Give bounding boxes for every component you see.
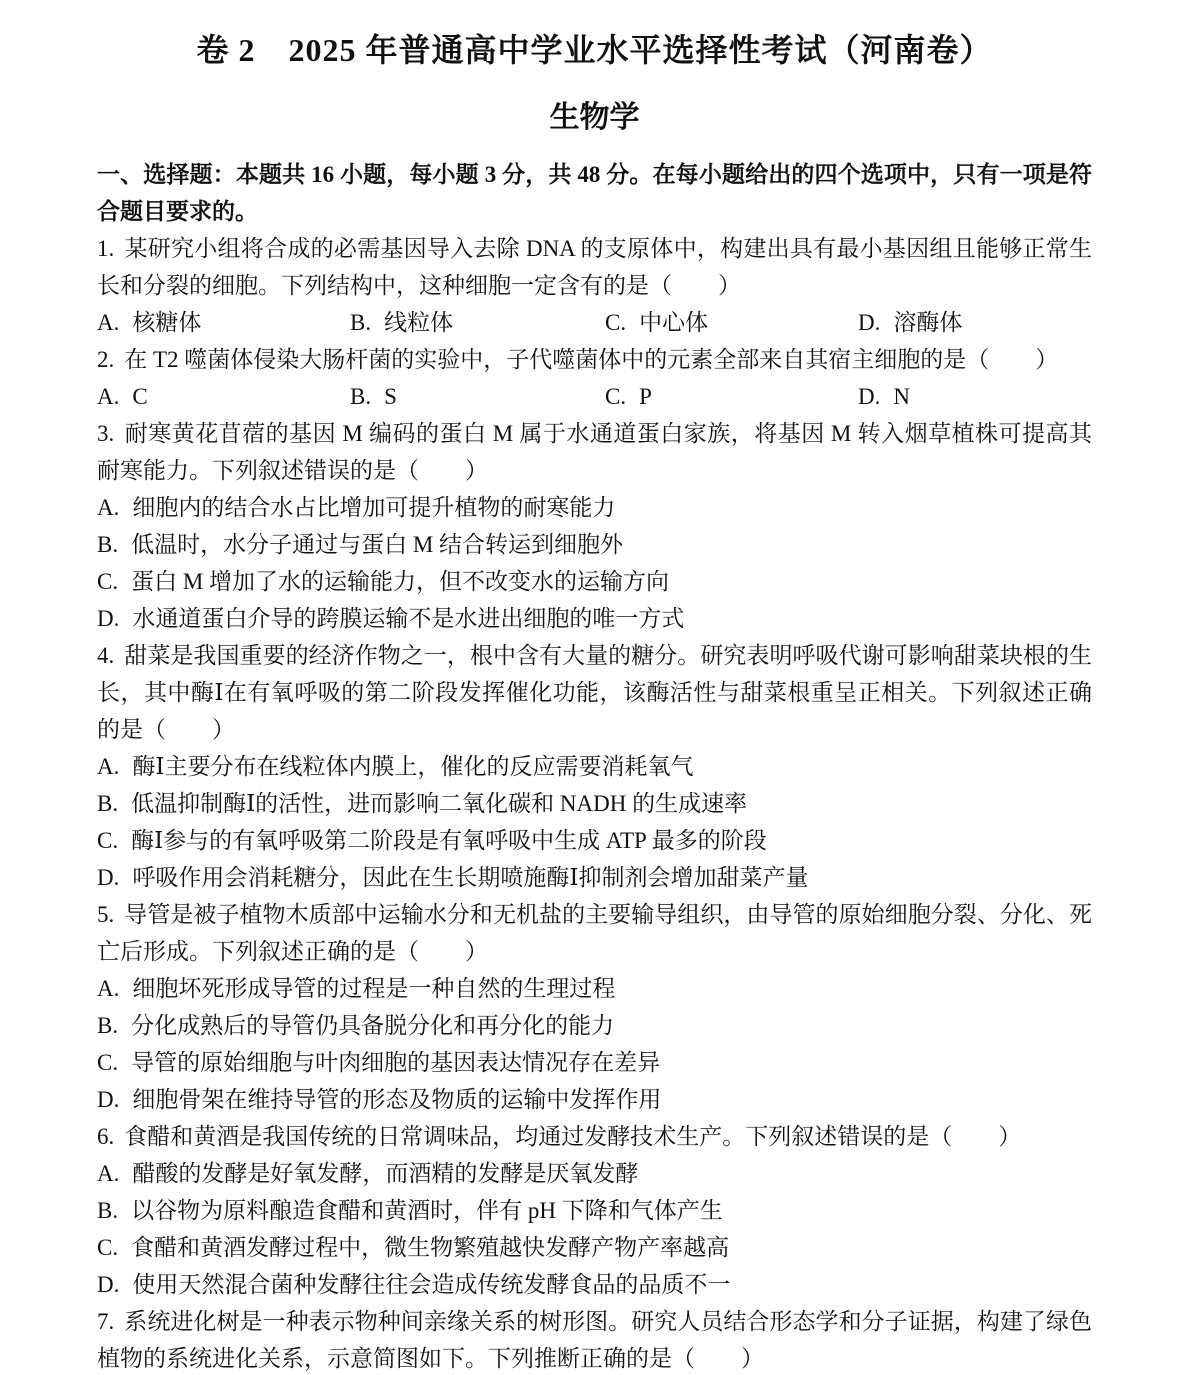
option-label: D. xyxy=(97,1087,119,1112)
option-text: 低温抑制酶Ⅰ的活性，进而影响二氧化碳和 NADH 的生成速率 xyxy=(131,791,747,816)
document-subtitle: 生物学 xyxy=(97,98,1092,138)
option-label: D. xyxy=(97,1272,119,1297)
option-d: D.使用天然混合菌种发酵往往会造成传统发酵食品的品质不一 xyxy=(97,1266,1092,1303)
option-text: 食醋和黄酒发酵过程中，微生物繁殖越快发酵产物产率越高 xyxy=(131,1235,729,1260)
option-label: C. xyxy=(605,310,626,335)
question-2-stem: 2.在 T2 噬菌体侵染大肠杆菌的实验中，子代噬菌体中的元素全部来自其宿主细胞的… xyxy=(97,341,1092,378)
question-number: 2. xyxy=(97,347,114,372)
option-label: C. xyxy=(97,1235,118,1260)
option-label: D. xyxy=(858,384,880,409)
option-b: B.分化成熟后的导管仍具备脱分化和再分化的能力 xyxy=(97,1007,1092,1044)
question-6: 6.食醋和黄酒是我国传统的日常调味品，均通过发酵技术生产。下列叙述错误的是（ ）… xyxy=(97,1118,1092,1303)
question-text: 导管是被子植物木质部中运输水分和无机盐的主要输导组织，由导管的原始细胞分裂、分化… xyxy=(97,902,1092,964)
option-label: B. xyxy=(350,310,371,335)
option-a: A.细胞内的结合水占比增加可提升植物的耐寒能力 xyxy=(97,489,1092,526)
option-d: D.呼吸作用会消耗糖分，因此在生长期喷施酶Ⅰ抑制剂会增加甜菜产量 xyxy=(97,859,1092,896)
option-a: A.细胞坏死形成导管的过程是一种自然的生理过程 xyxy=(97,970,1092,1007)
question-number: 6. xyxy=(97,1124,114,1149)
option-text: 细胞骨架在维持导管的形态及物质的运输中发挥作用 xyxy=(132,1087,661,1112)
option-d: D.溶酶体 xyxy=(858,304,1092,341)
question-number: 5. xyxy=(97,902,114,927)
option-text: S xyxy=(384,384,397,409)
option-label: A. xyxy=(97,976,119,1001)
option-label: D. xyxy=(97,606,119,631)
option-c: C.导管的原始细胞与叶肉细胞的基因表达情况存在差异 xyxy=(97,1044,1092,1081)
question-1: 1.某研究小组将合成的必需基因导入去除 DNA 的支原体中，构建出具有最小基因组… xyxy=(97,230,1092,341)
option-c: C.蛋白 M 增加了水的运输能力，但不改变水的运输方向 xyxy=(97,563,1092,600)
option-label: B. xyxy=(350,384,371,409)
option-c: C.食醋和黄酒发酵过程中，微生物繁殖越快发酵产物产率越高 xyxy=(97,1229,1092,1266)
option-label: B. xyxy=(97,791,118,816)
option-text: 酶Ⅰ主要分布在线粒体内膜上，催化的反应需要消耗氧气 xyxy=(132,754,693,779)
option-text: 酶Ⅰ参与的有氧呼吸第二阶段是有氧呼吸中生成 ATP 最多的阶段 xyxy=(131,828,767,853)
question-2-options: A.C B.S C.P D.N xyxy=(97,378,1092,415)
question-7-stem: 7.系统进化树是一种表示物种间亲缘关系的树形图。研究人员结合形态学和分子证据，构… xyxy=(97,1303,1092,1375)
question-1-stem: 1.某研究小组将合成的必需基因导入去除 DNA 的支原体中，构建出具有最小基因组… xyxy=(97,230,1092,304)
option-label: C. xyxy=(97,1050,118,1075)
option-c: C.中心体 xyxy=(605,304,858,341)
option-b: B.低温时，水分子通过与蛋白 M 结合转运到细胞外 xyxy=(97,526,1092,563)
option-text: 导管的原始细胞与叶肉细胞的基因表达情况存在差异 xyxy=(131,1050,660,1075)
option-label: A. xyxy=(97,495,119,520)
option-text: C xyxy=(132,384,147,409)
question-3-options: A.细胞内的结合水占比增加可提升植物的耐寒能力 B.低温时，水分子通过与蛋白 M… xyxy=(97,489,1092,637)
option-text: 使用天然混合菌种发酵往往会造成传统发酵食品的品质不一 xyxy=(132,1272,730,1297)
option-label: B. xyxy=(97,1013,118,1038)
question-6-stem: 6.食醋和黄酒是我国传统的日常调味品，均通过发酵技术生产。下列叙述错误的是（ ） xyxy=(97,1118,1092,1155)
option-text: 溶酶体 xyxy=(893,310,962,335)
question-number: 4. xyxy=(97,643,114,668)
question-7: 7.系统进化树是一种表示物种间亲缘关系的树形图。研究人员结合形态学和分子证据，构… xyxy=(97,1303,1092,1375)
option-text: P xyxy=(639,384,652,409)
question-number: 7. xyxy=(97,1309,114,1334)
question-text: 系统进化树是一种表示物种间亲缘关系的树形图。研究人员结合形态学和分子证据，构建了… xyxy=(97,1309,1092,1371)
option-label: A. xyxy=(97,754,119,779)
option-b: B.以谷物为原料酿造食醋和黄酒时，伴有 pH 下降和气体产生 xyxy=(97,1192,1092,1229)
option-text: 线粒体 xyxy=(384,310,453,335)
option-d: D.细胞骨架在维持导管的形态及物质的运输中发挥作用 xyxy=(97,1081,1092,1118)
option-text: 低温时，水分子通过与蛋白 M 结合转运到细胞外 xyxy=(131,532,623,557)
option-d: D.N xyxy=(858,378,1092,415)
option-c: C.酶Ⅰ参与的有氧呼吸第二阶段是有氧呼吸中生成 ATP 最多的阶段 xyxy=(97,822,1092,859)
option-label: C. xyxy=(97,569,118,594)
option-a: A.醋酸的发酵是好氧发酵，而酒精的发酵是厌氧发酵 xyxy=(97,1155,1092,1192)
question-6-options: A.醋酸的发酵是好氧发酵，而酒精的发酵是厌氧发酵 B.以谷物为原料酿造食醋和黄酒… xyxy=(97,1155,1092,1303)
document-title: 卷 2 2025 年普通高中学业水平选择性考试（河南卷） xyxy=(97,26,1092,74)
option-d: D.水通道蛋白介导的跨膜运输不是水进出细胞的唯一方式 xyxy=(97,600,1092,637)
option-a: A.C xyxy=(97,378,350,415)
question-text: 耐寒黄花苜蓿的基因 M 编码的蛋白 M 属于水通道蛋白家族，将基因 M 转入烟草… xyxy=(97,421,1092,483)
option-text: 细胞内的结合水占比增加可提升植物的耐寒能力 xyxy=(132,495,615,520)
option-c: C.P xyxy=(605,378,858,415)
question-text: 食醋和黄酒是我国传统的日常调味品，均通过发酵技术生产。下列叙述错误的是（ ） xyxy=(124,1124,1021,1149)
option-label: D. xyxy=(97,865,119,890)
option-label: D. xyxy=(858,310,880,335)
question-number: 3. xyxy=(97,421,114,446)
question-5: 5.导管是被子植物木质部中运输水分和无机盐的主要输导组织，由导管的原始细胞分裂、… xyxy=(97,896,1092,1118)
question-text: 在 T2 噬菌体侵染大肠杆菌的实验中，子代噬菌体中的元素全部来自其宿主细胞的是（… xyxy=(124,347,1058,372)
question-4-stem: 4.甜菜是我国重要的经济作物之一，根中含有大量的糖分。研究表明呼吸代谢可影响甜菜… xyxy=(97,637,1092,748)
option-a: A.核糖体 xyxy=(97,304,350,341)
question-4-options: A.酶Ⅰ主要分布在线粒体内膜上，催化的反应需要消耗氧气 B.低温抑制酶Ⅰ的活性，… xyxy=(97,748,1092,896)
option-text: 蛋白 M 增加了水的运输能力，但不改变水的运输方向 xyxy=(131,569,669,594)
option-text: 核糖体 xyxy=(132,310,201,335)
option-text: 细胞坏死形成导管的过程是一种自然的生理过程 xyxy=(132,976,615,1001)
question-3: 3.耐寒黄花苜蓿的基因 M 编码的蛋白 M 属于水通道蛋白家族，将基因 M 转入… xyxy=(97,415,1092,637)
question-4: 4.甜菜是我国重要的经济作物之一，根中含有大量的糖分。研究表明呼吸代谢可影响甜菜… xyxy=(97,637,1092,896)
question-number: 1. xyxy=(97,236,114,261)
section-intro: 一、选择题：本题共 16 小题，每小题 3 分，共 48 分。在每小题给出的四个… xyxy=(97,156,1092,230)
option-text: 水通道蛋白介导的跨膜运输不是水进出细胞的唯一方式 xyxy=(132,606,684,631)
option-a: A.酶Ⅰ主要分布在线粒体内膜上，催化的反应需要消耗氧气 xyxy=(97,748,1092,785)
option-label: A. xyxy=(97,384,119,409)
option-text: 中心体 xyxy=(639,310,708,335)
option-text: 呼吸作用会消耗糖分，因此在生长期喷施酶Ⅰ抑制剂会增加甜菜产量 xyxy=(132,865,808,890)
question-1-options: A.核糖体 B.线粒体 C.中心体 D.溶酶体 xyxy=(97,304,1092,341)
option-text: N xyxy=(893,384,910,409)
option-label: C. xyxy=(605,384,626,409)
question-3-stem: 3.耐寒黄花苜蓿的基因 M 编码的蛋白 M 属于水通道蛋白家族，将基因 M 转入… xyxy=(97,415,1092,489)
option-text: 醋酸的发酵是好氧发酵，而酒精的发酵是厌氧发酵 xyxy=(132,1161,638,1186)
option-label: C. xyxy=(97,828,118,853)
option-label: A. xyxy=(97,310,119,335)
question-5-stem: 5.导管是被子植物木质部中运输水分和无机盐的主要输导组织，由导管的原始细胞分裂、… xyxy=(97,896,1092,970)
question-text: 某研究小组将合成的必需基因导入去除 DNA 的支原体中，构建出具有最小基因组且能… xyxy=(97,236,1092,298)
option-b: B.低温抑制酶Ⅰ的活性，进而影响二氧化碳和 NADH 的生成速率 xyxy=(97,785,1092,822)
question-5-options: A.细胞坏死形成导管的过程是一种自然的生理过程 B.分化成熟后的导管仍具备脱分化… xyxy=(97,970,1092,1118)
question-2: 2.在 T2 噬菌体侵染大肠杆菌的实验中，子代噬菌体中的元素全部来自其宿主细胞的… xyxy=(97,341,1092,415)
exam-page: 卷 2 2025 年普通高中学业水平选择性考试（河南卷） 生物学 一、选择题：本… xyxy=(0,0,1189,1375)
option-text: 以谷物为原料酿造食醋和黄酒时，伴有 pH 下降和气体产生 xyxy=(131,1198,723,1223)
option-label: B. xyxy=(97,532,118,557)
option-label: B. xyxy=(97,1198,118,1223)
option-b: B.S xyxy=(350,378,605,415)
option-text: 分化成熟后的导管仍具备脱分化和再分化的能力 xyxy=(131,1013,614,1038)
question-text: 甜菜是我国重要的经济作物之一，根中含有大量的糖分。研究表明呼吸代谢可影响甜菜块根… xyxy=(97,643,1092,742)
option-b: B.线粒体 xyxy=(350,304,605,341)
option-label: A. xyxy=(97,1161,119,1186)
